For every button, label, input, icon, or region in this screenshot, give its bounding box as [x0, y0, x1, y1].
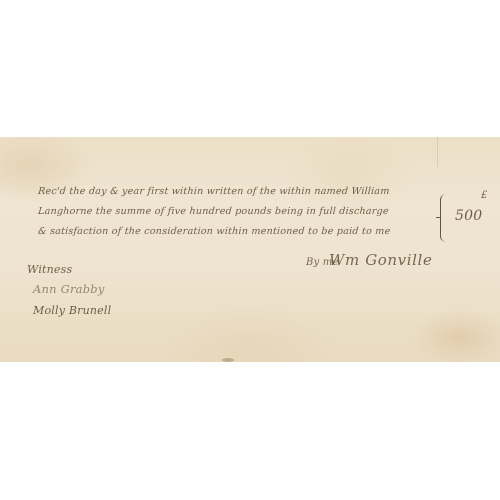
amount-value: 500: [455, 208, 482, 224]
curly-brace-icon: [440, 194, 447, 242]
currency-mark: £: [481, 190, 488, 201]
receipt-line-1: Rec'd the day & year first within writte…: [38, 186, 390, 197]
witness-name-2: Molly Brunell: [33, 304, 111, 317]
paper-stain: [222, 358, 234, 362]
receipt-line-2: Langhorne the summe of five hundred poun…: [38, 206, 390, 217]
aged-paper-document: Rec'd the day & year first within writte…: [0, 137, 500, 362]
witness-name-1: Ann Grabby: [33, 282, 105, 296]
receipt-line-3: & satisfaction of the consideration with…: [38, 226, 391, 237]
page: Rec'd the day & year first within writte…: [0, 0, 500, 500]
witness-label: Witness: [27, 263, 72, 276]
paper-fold-mark: [437, 137, 438, 167]
brace-tip: [436, 217, 441, 218]
signature-name: Wm Gonville: [329, 251, 432, 269]
